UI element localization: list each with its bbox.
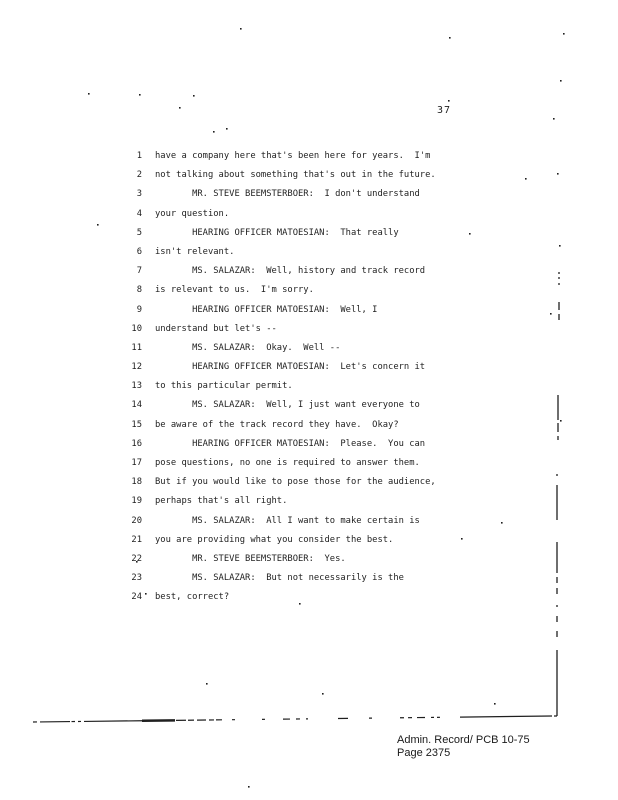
transcript-line: 5 HEARING OFFICER MATOESIAN: That really	[0, 224, 618, 243]
line-text: HEARING OFFICER MATOESIAN: That really	[142, 224, 399, 243]
line-number: 18	[0, 473, 142, 492]
line-text: perhaps that's all right.	[142, 492, 287, 511]
transcript-body: 1 have a company here that's been here f…	[0, 147, 618, 608]
line-text: MR. STEVE BEEMSTERBOER: Yes.	[142, 550, 346, 569]
stamp-line-2: Page 2375	[397, 747, 530, 760]
transcript-line: 6 isn't relevant.	[0, 243, 618, 262]
transcript-line: 16 HEARING OFFICER MATOESIAN: Please. Yo…	[0, 435, 618, 454]
line-number: 24	[0, 588, 142, 607]
line-number: 6	[0, 243, 142, 262]
line-number: 16	[0, 435, 142, 454]
transcript-line: 9 HEARING OFFICER MATOESIAN: Well, I	[0, 301, 618, 320]
line-text: HEARING OFFICER MATOESIAN: Well, I	[142, 301, 377, 320]
transcript-line: 8 is relevant to us. I'm sorry.	[0, 281, 618, 300]
transcript-line: 23 MS. SALAZAR: But not necessarily is t…	[0, 569, 618, 588]
line-number: 8	[0, 281, 142, 300]
line-text: understand but let's --	[142, 320, 277, 339]
transcript-line: 10 understand but let's --	[0, 320, 618, 339]
line-text: not talking about something that's out i…	[142, 166, 436, 185]
line-text: MS. SALAZAR: Well, I just want everyone …	[142, 396, 420, 415]
transcript-line: 21 you are providing what you consider t…	[0, 531, 618, 550]
line-number: 11	[0, 339, 142, 358]
line-number: 19	[0, 492, 142, 511]
transcript-line: 12 HEARING OFFICER MATOESIAN: Let's conc…	[0, 358, 618, 377]
line-text: you are providing what you consider the …	[142, 531, 393, 550]
line-number: 17	[0, 454, 142, 473]
transcript-line: 7 MS. SALAZAR: Well, history and track r…	[0, 262, 618, 281]
transcript-line: 19 perhaps that's all right.	[0, 492, 618, 511]
line-number: 21	[0, 531, 142, 550]
line-number: 10	[0, 320, 142, 339]
line-number: 13	[0, 377, 142, 396]
scanned-transcript-page: 37 1 have a company here that's been her…	[0, 0, 618, 800]
line-text: have a company here that's been here for…	[142, 147, 430, 166]
transcript-line: 1 have a company here that's been here f…	[0, 147, 618, 166]
transcript-line: 15 be aware of the track record they hav…	[0, 416, 618, 435]
transcript-line: 11 MS. SALAZAR: Okay. Well --	[0, 339, 618, 358]
transcript-line: 13 to this particular permit.	[0, 377, 618, 396]
line-number: 5	[0, 224, 142, 243]
line-text: your question.	[142, 205, 229, 224]
line-text: HEARING OFFICER MATOESIAN: Please. You c…	[142, 435, 425, 454]
record-stamp: Admin. Record/ PCB 10-75 Page 2375	[397, 734, 530, 759]
line-text: to this particular permit.	[142, 377, 293, 396]
line-text: HEARING OFFICER MATOESIAN: Let's concern…	[142, 358, 425, 377]
line-text: MS. SALAZAR: All I want to make certain …	[142, 512, 420, 531]
line-number: 1	[0, 147, 142, 166]
transcript-line: 4 your question.	[0, 205, 618, 224]
line-text: MS. SALAZAR: Well, history and track rec…	[142, 262, 425, 281]
line-text: best, correct?	[142, 588, 229, 607]
line-number: 9	[0, 301, 142, 320]
line-text: But if you would like to pose those for …	[142, 473, 436, 492]
line-text: be aware of the track record they have. …	[142, 416, 399, 435]
line-number: 3	[0, 185, 142, 204]
line-number: 22	[0, 550, 142, 569]
line-number: 4	[0, 205, 142, 224]
line-text: MS. SALAZAR: Okay. Well --	[142, 339, 340, 358]
transcript-line: 18 But if you would like to pose those f…	[0, 473, 618, 492]
transcript-line: 14 MS. SALAZAR: Well, I just want everyo…	[0, 396, 618, 415]
line-number: 15	[0, 416, 142, 435]
line-number: 2	[0, 166, 142, 185]
line-text: pose questions, no one is required to an…	[142, 454, 420, 473]
transcript-line: 3 MR. STEVE BEEMSTERBOER: I don't unders…	[0, 185, 618, 204]
line-number: 12	[0, 358, 142, 377]
line-text: isn't relevant.	[142, 243, 234, 262]
line-text: is relevant to us. I'm sorry.	[142, 281, 314, 300]
line-number: 20	[0, 512, 142, 531]
line-number: 23	[0, 569, 142, 588]
transcript-line: 22 MR. STEVE BEEMSTERBOER: Yes.	[0, 550, 618, 569]
transcript-line: 17 pose questions, no one is required to…	[0, 454, 618, 473]
transcript-line: 20 MS. SALAZAR: All I want to make certa…	[0, 512, 618, 531]
line-text: MS. SALAZAR: But not necessarily is the	[142, 569, 404, 588]
line-text: MR. STEVE BEEMSTERBOER: I don't understa…	[142, 185, 420, 204]
stamp-line-1: Admin. Record/ PCB 10-75	[397, 734, 530, 747]
transcript-line: 24 best, correct?	[0, 588, 618, 607]
transcript-line: 2 not talking about something that's out…	[0, 166, 618, 185]
line-number: 7	[0, 262, 142, 281]
line-number: 14	[0, 396, 142, 415]
page-number: 37	[437, 105, 451, 116]
